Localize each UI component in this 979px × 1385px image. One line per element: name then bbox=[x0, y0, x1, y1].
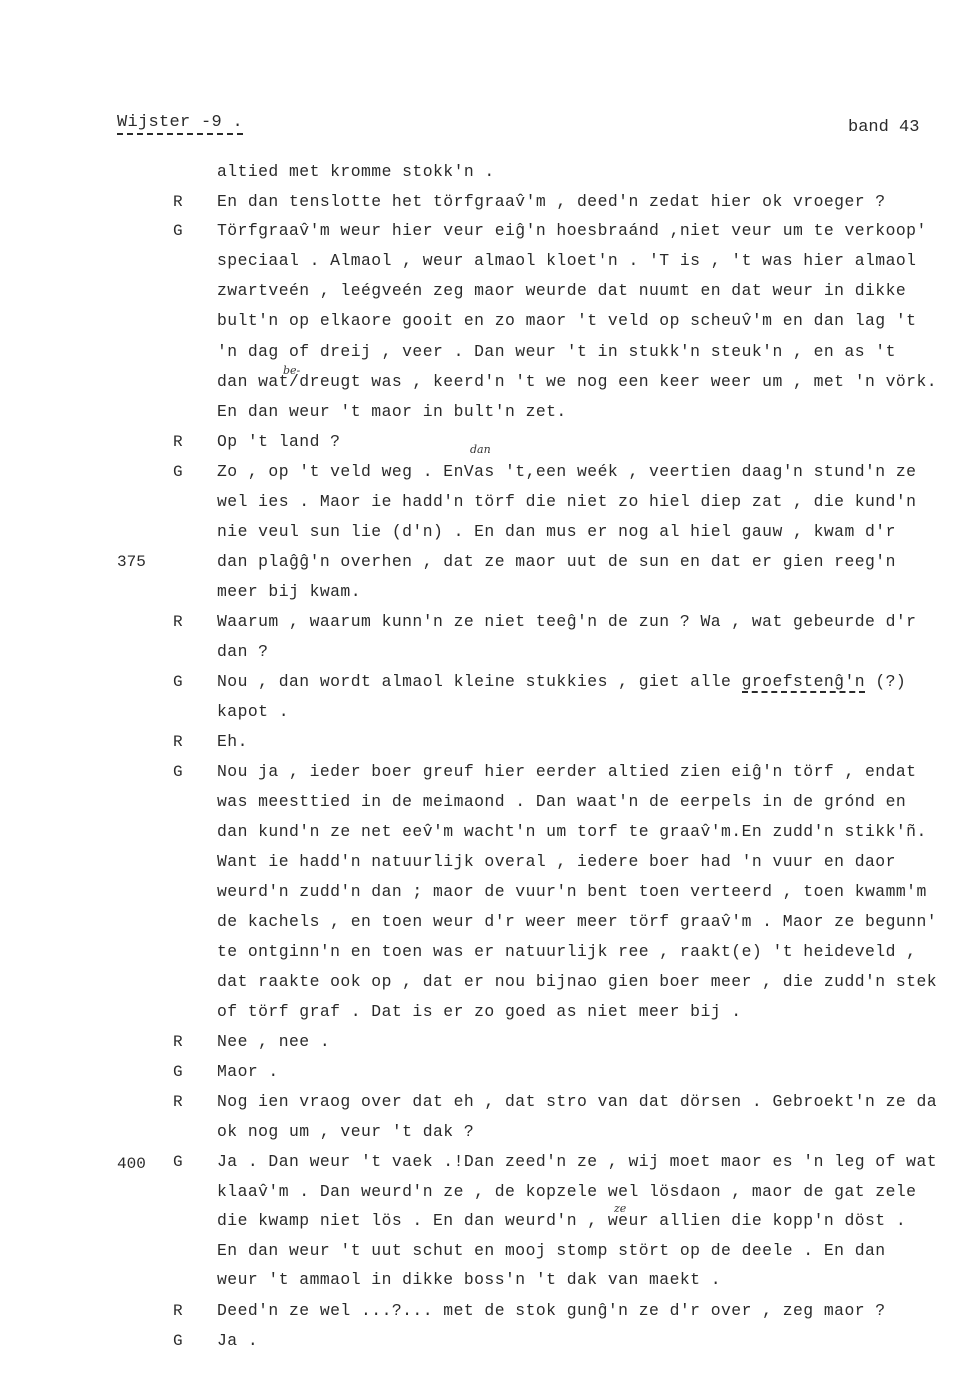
transcript-line: meer bij kwam. bbox=[217, 582, 361, 602]
line-text: Nou , dan wordt almaol kleine stukkies ,… bbox=[217, 672, 742, 691]
transcript-line: Nog ien vraog over dat eh , dat stro van… bbox=[217, 1092, 937, 1112]
transcript-line: was meesttied in de meimaond . Dan waat'… bbox=[217, 792, 906, 812]
transcript-line: Törfgraav̂'m weur hier veur eiĝ'n hoesbr… bbox=[217, 221, 927, 241]
transcript-line: Op 't land ? bbox=[217, 432, 340, 452]
transcript-line: weur 't ammaol in dikke boss'n 't dak va… bbox=[217, 1270, 721, 1290]
transcript-page: Wijster -9 . band 43 375 400 be- dan ze … bbox=[0, 0, 979, 1385]
transcript-line: dan plaĝĝ'n overhen , dat ze maor uut de… bbox=[217, 552, 896, 572]
speaker-label: R bbox=[173, 732, 183, 752]
transcript-line: Nou ja , ieder boer greuf hier eerder al… bbox=[217, 762, 916, 782]
transcript-line: Want ie hadd'n natuurlijk overal , ieder… bbox=[217, 852, 896, 872]
transcript-line: ok nog um , veur 't dak ? bbox=[217, 1122, 474, 1142]
transcript-line: Ja . bbox=[217, 1331, 258, 1351]
transcript-line: dan ? bbox=[217, 642, 268, 662]
transcript-line: zwartveén , leégveén zeg maor weurde dat… bbox=[217, 281, 906, 301]
transcript-line: Maor . bbox=[217, 1062, 279, 1082]
transcript-line: weurd'n zudd'n dan ; maor de vuur'n bent… bbox=[217, 882, 927, 902]
speaker-label: G bbox=[173, 462, 183, 482]
speaker-label: G bbox=[173, 1331, 183, 1351]
speaker-label: R bbox=[173, 1301, 183, 1321]
transcript-line: bult'n op elkaore gooit en zo maor 't ve… bbox=[217, 311, 916, 331]
transcript-line: te ontginn'n en toen was er natuurlijk r… bbox=[217, 942, 916, 962]
transcript-line: dan kund'n ze net eev̂'m wacht'n um torf… bbox=[217, 822, 927, 842]
speaker-label: G bbox=[173, 672, 183, 692]
speaker-label: G bbox=[173, 221, 183, 241]
speaker-label: R bbox=[173, 192, 183, 212]
transcript-line: En dan weur 't maor in bult'n zet. bbox=[217, 402, 567, 422]
underlined-uncertain-word: groefstenĝ'n bbox=[742, 672, 865, 693]
transcript-line: de kachels , en toen weur d'r weer meer … bbox=[217, 912, 937, 932]
transcript-line: Eh. bbox=[217, 732, 248, 752]
transcript-line: dan wat/dreugt was , keerd'n 't we nog e… bbox=[217, 372, 937, 392]
tape-number: band 43 bbox=[848, 118, 919, 137]
line-number-400: 400 bbox=[117, 1154, 146, 1174]
transcript-line: Nou , dan wordt almaol kleine stukkies ,… bbox=[217, 672, 906, 692]
handwritten-annotation: dan bbox=[470, 443, 491, 456]
document-title: Wijster -9 . bbox=[117, 114, 243, 135]
speaker-label: R bbox=[173, 432, 183, 452]
line-text: (?) bbox=[865, 672, 906, 691]
transcript-line: Ja . Dan weur 't vaek .!Dan zeed'n ze , … bbox=[217, 1152, 937, 1172]
transcript-line: Nee , nee . bbox=[217, 1032, 330, 1052]
transcript-line: En dan tenslotte het törfgraav̂'m , deed… bbox=[217, 192, 886, 212]
speaker-label: R bbox=[173, 612, 183, 632]
transcript-line: Waarum , waarum kunn'n ze niet teeĝ'n de… bbox=[217, 612, 916, 632]
transcript-line: Deed'n ze wel ...?... met de stok gunĝ'n… bbox=[217, 1301, 886, 1321]
speaker-label: G bbox=[173, 1062, 183, 1082]
transcript-line: nie veul sun lie (d'n) . En dan mus er n… bbox=[217, 522, 896, 542]
speaker-label: R bbox=[173, 1032, 183, 1052]
transcript-line: wel ies . Maor ie hadd'n törf die niet z… bbox=[217, 492, 916, 512]
speaker-label: G bbox=[173, 762, 183, 782]
transcript-line: Zo , op 't veld weg . EnVas 't,een weék … bbox=[217, 462, 916, 482]
transcript-line: kapot . bbox=[217, 702, 289, 722]
transcript-line: En dan weur 't uut schut en mooj stomp s… bbox=[217, 1241, 886, 1261]
transcript-line: die kwamp niet lös . En dan weurd'n , we… bbox=[217, 1211, 906, 1231]
transcript-line: speciaal . Almaol , weur almaol kloet'n … bbox=[217, 251, 916, 271]
transcript-line: altied met kromme stokk'n . bbox=[217, 162, 495, 182]
transcript-line: dat raakte ook op , dat er nou bijnao gi… bbox=[217, 972, 937, 992]
transcript-line: 'n dag of dreij , veer . Dan weur 't in … bbox=[217, 342, 896, 362]
transcript-line: klaav̂'m . Dan weurd'n ze , de kopzele w… bbox=[217, 1182, 916, 1202]
line-number-375: 375 bbox=[117, 552, 146, 572]
speaker-label: R bbox=[173, 1092, 183, 1112]
transcript-line: of törf graf . Dat is er zo goed as niet… bbox=[217, 1002, 742, 1022]
speaker-label: G bbox=[173, 1152, 183, 1172]
